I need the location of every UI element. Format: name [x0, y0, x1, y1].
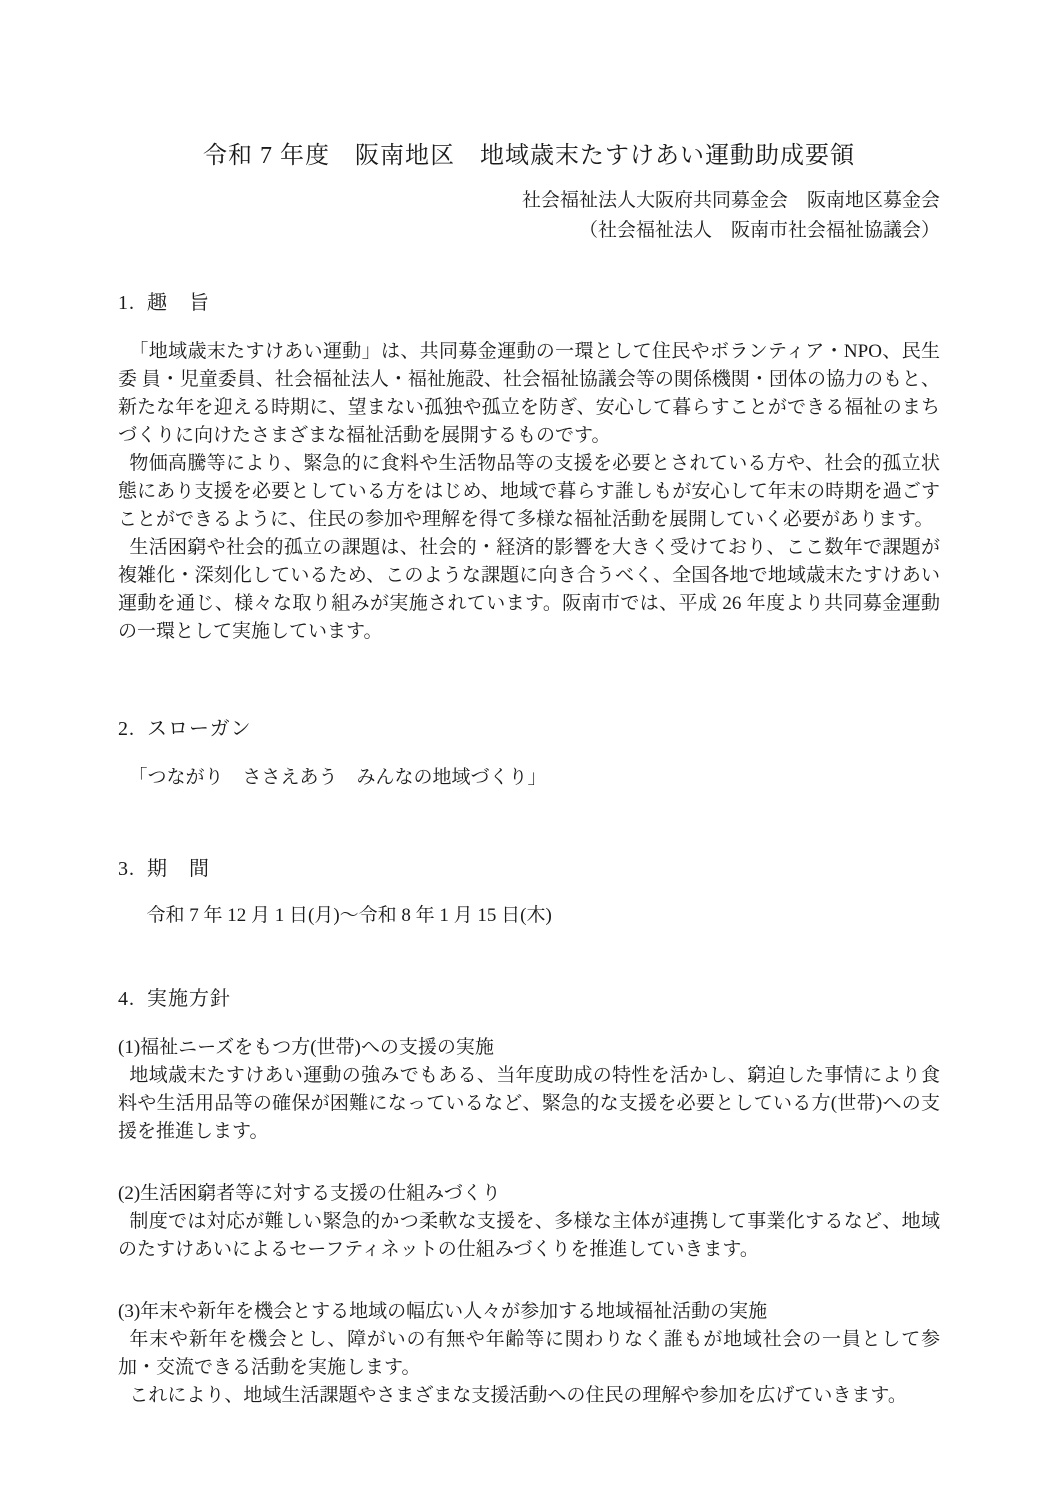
- implementation-item-3: (3)年末や新年を機会とする地域の幅広い人々が参加する地域福祉活動の実施 年末や…: [118, 1298, 940, 1410]
- section-1-heading: 1.趣 旨: [118, 290, 940, 316]
- section-4-title: 実施方針: [147, 988, 231, 1010]
- implementation-item-1-paragraph-1: 地域歳末たすけあい運動の強みでもある、当年度助成の特性を活かし、窮迫した事情によ…: [118, 1062, 940, 1146]
- section-1-paragraph-3: 生活困窮や社会的孤立の課題は、社会的・経済的影響を大きく受けており、ここ数年で課…: [118, 534, 940, 646]
- slogan-text: 「つながり ささえあう みんなの地域づくり」: [118, 764, 940, 792]
- section-2-number: 2.: [118, 716, 135, 742]
- document-page: 令和 7 年度 阪南地区 地域歳末たすけあい運動助成要領 社会福祉法人大阪府共同…: [0, 0, 1058, 1497]
- organization-line-2: （社会福祉法人 阪南市社会福祉協議会）: [118, 216, 940, 246]
- section-4-number: 4.: [118, 986, 135, 1012]
- page-title: 令和 7 年度 阪南地区 地域歳末たすけあい運動助成要領: [118, 140, 940, 172]
- section-1-number: 1.: [118, 290, 135, 316]
- section-1-paragraph-2: 物価高騰等により、緊急的に食料や生活物品等の支援を必要とされている方や、社会的孤…: [118, 450, 940, 534]
- period-text: 令和 7 年 12 月 1 日(月)～令和 8 年 1 月 15 日(木): [118, 902, 940, 930]
- section-3-title: 期 間: [147, 858, 210, 880]
- implementation-item-3-paragraph-1: 年末や新年を機会とし、障がいの有無や年齢等に関わりなく誰もが地域社会の一員として…: [118, 1326, 940, 1382]
- implementation-item-2: (2)生活困窮者等に対する支援の仕組みづくり 制度では対応が難しい緊急的かつ柔軟…: [118, 1180, 940, 1264]
- section-3-number: 3.: [118, 856, 135, 882]
- implementation-item-2-label: (2)生活困窮者等に対する支援の仕組みづくり: [118, 1180, 940, 1208]
- implementation-item-1: (1)福祉ニーズをもつ方(世帯)への支援の実施 地域歳末たすけあい運動の強みでも…: [118, 1034, 940, 1146]
- implementation-item-3-paragraph-2: これにより、地域生活課題やさまざまな支援活動への住民の理解や参加を広げていきます…: [118, 1382, 940, 1410]
- organization-block: 社会福祉法人大阪府共同募金会 阪南地区募金会 （社会福祉法人 阪南市社会福祉協議…: [118, 186, 940, 246]
- section-3-heading: 3.期 間: [118, 856, 940, 882]
- implementation-item-1-label: (1)福祉ニーズをもつ方(世帯)への支援の実施: [118, 1034, 940, 1062]
- section-1-paragraph-1: 「地域歳末たすけあい運動」は、共同募金運動の一環として住民やボランティア・NPO…: [118, 338, 940, 450]
- section-2-heading: 2.スローガン: [118, 716, 940, 742]
- implementation-item-2-paragraph-1: 制度では対応が難しい緊急的かつ柔軟な支援を、多様な主体が連携して事業化するなど、…: [118, 1208, 940, 1264]
- section-4-heading: 4.実施方針: [118, 986, 940, 1012]
- section-1-title: 趣 旨: [147, 292, 210, 314]
- section-2-title: スローガン: [147, 718, 252, 740]
- implementation-item-3-label: (3)年末や新年を機会とする地域の幅広い人々が参加する地域福祉活動の実施: [118, 1298, 940, 1326]
- section-1-body: 「地域歳末たすけあい運動」は、共同募金運動の一環として住民やボランティア・NPO…: [118, 338, 940, 646]
- organization-line-1: 社会福祉法人大阪府共同募金会 阪南地区募金会: [118, 186, 940, 216]
